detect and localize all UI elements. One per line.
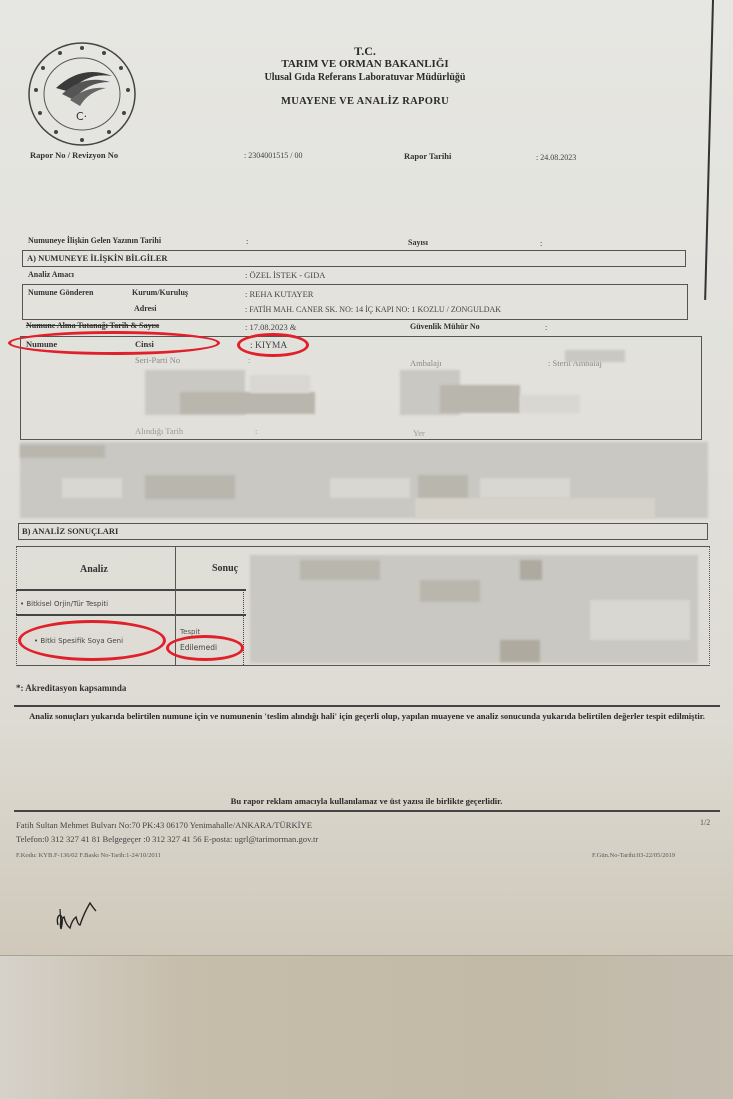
page-number: 1/2 <box>700 818 710 827</box>
sender-box <box>22 284 688 320</box>
table-row-rule <box>16 614 246 616</box>
header-country: T.C. <box>200 44 530 59</box>
security-seal-label: Güvenlik Mühür No <box>410 322 480 331</box>
highlight-kiyma <box>237 333 309 357</box>
header-ministry: TARIM VE ORMAN BAKANLIĞI <box>200 58 530 70</box>
column-analysis: Analiz <box>80 564 108 575</box>
address-value: : FATİH MAH. CANER SK. NO: 14 İÇ KAPI NO… <box>245 305 501 314</box>
highlight-edilemedi <box>166 635 244 661</box>
report-no-value: : 2304001515 / 00 <box>244 151 302 160</box>
taken-date-label: Alındığı Tarih <box>135 426 183 436</box>
svg-text:C·: C· <box>76 110 87 123</box>
footer-contact: Telefon:0 312 327 41 81 Belgegeçer :0 31… <box>16 834 318 844</box>
place-label: Yer <box>413 428 425 438</box>
analysis-row-1: • Bitkisel Orjin/Tür Tespiti <box>20 600 108 608</box>
section-a-header: A) NUMUNEYE İLİŞKİN BİLGİLER <box>22 250 686 267</box>
analysis-purpose-label: Analiz Amacı <box>28 270 74 279</box>
highlight-soya-geni <box>18 620 166 661</box>
address-label: Adresi <box>134 304 157 313</box>
sampling-record-value: : 17.08.2023 & <box>245 322 296 332</box>
incoming-letter-date-value: : <box>246 236 248 246</box>
header-directorate: Ulusal Gıda Referans Laboratuvar Müdürlü… <box>200 72 530 83</box>
incoming-letter-date-label: Numuneye İlişkin Gelen Yazının Tarihi <box>28 236 161 245</box>
report-no-label: Rapor No / Revizyon No <box>30 150 118 160</box>
section-a-title: A) NUMUNEYE İLİŞKİN BİLGİLER <box>27 253 168 263</box>
batch-value: : <box>248 355 250 365</box>
column-divider-dotted <box>243 590 244 665</box>
packaging-label: Ambalajı <box>410 358 442 368</box>
institution-value: : REHA KUTAYER <box>245 289 313 299</box>
section-b-title: B) ANALİZ SONUÇLARI <box>22 526 118 536</box>
batch-label: Seri-Parti No <box>135 355 180 365</box>
table-header-rule <box>16 589 246 591</box>
security-seal-value: : <box>545 322 547 332</box>
statement-top-rule <box>14 705 720 707</box>
column-result: Sonuç <box>212 563 238 574</box>
form-revision: F.Gün.No-Tarihi:03-22/05/2019 <box>592 852 675 859</box>
highlight-numune-cinsi <box>8 331 220 355</box>
folded-lower-sheet <box>0 955 733 1099</box>
report-date-value: : 24.08.2023 <box>536 153 576 162</box>
form-code: F.Kodu: KYB.F-136/02 F.Baskı No-Tarih:1-… <box>16 852 161 859</box>
footer-address: Fatih Sultan Mehmet Bulvarı No:70 PK:43 … <box>16 820 312 830</box>
sender-label: Numune Gönderen <box>28 288 93 297</box>
taken-date-value: : <box>255 426 257 436</box>
section-b-header: B) ANALİZ SONUÇLARI <box>18 523 708 540</box>
accreditation-note: *: Akreditasyon kapsamında <box>16 683 126 693</box>
institution-label: Kurum/Kuruluş <box>132 288 188 297</box>
advertising-statement: Bu rapor reklam amacıyla kullanılamaz ve… <box>0 796 733 806</box>
analysis-purpose-value: : ÖZEL İSTEK - GIDA <box>245 270 325 280</box>
incoming-letter-number-label: Sayısı <box>408 238 428 247</box>
report-title: MUAYENE VE ANALİZ RAPORU <box>200 96 530 107</box>
sampling-record-label: Numune Alma Tutanağı Tarih & Sayısı <box>26 321 159 330</box>
signature <box>50 895 110 935</box>
incoming-letter-number-value: : <box>540 238 542 248</box>
ministry-seal-icon: C· <box>26 40 138 148</box>
validity-statement: Analiz sonuçları yukarıda belirtilen num… <box>22 710 712 723</box>
report-date-label: Rapor Tarihi <box>404 151 451 161</box>
footer-top-rule <box>14 810 720 812</box>
